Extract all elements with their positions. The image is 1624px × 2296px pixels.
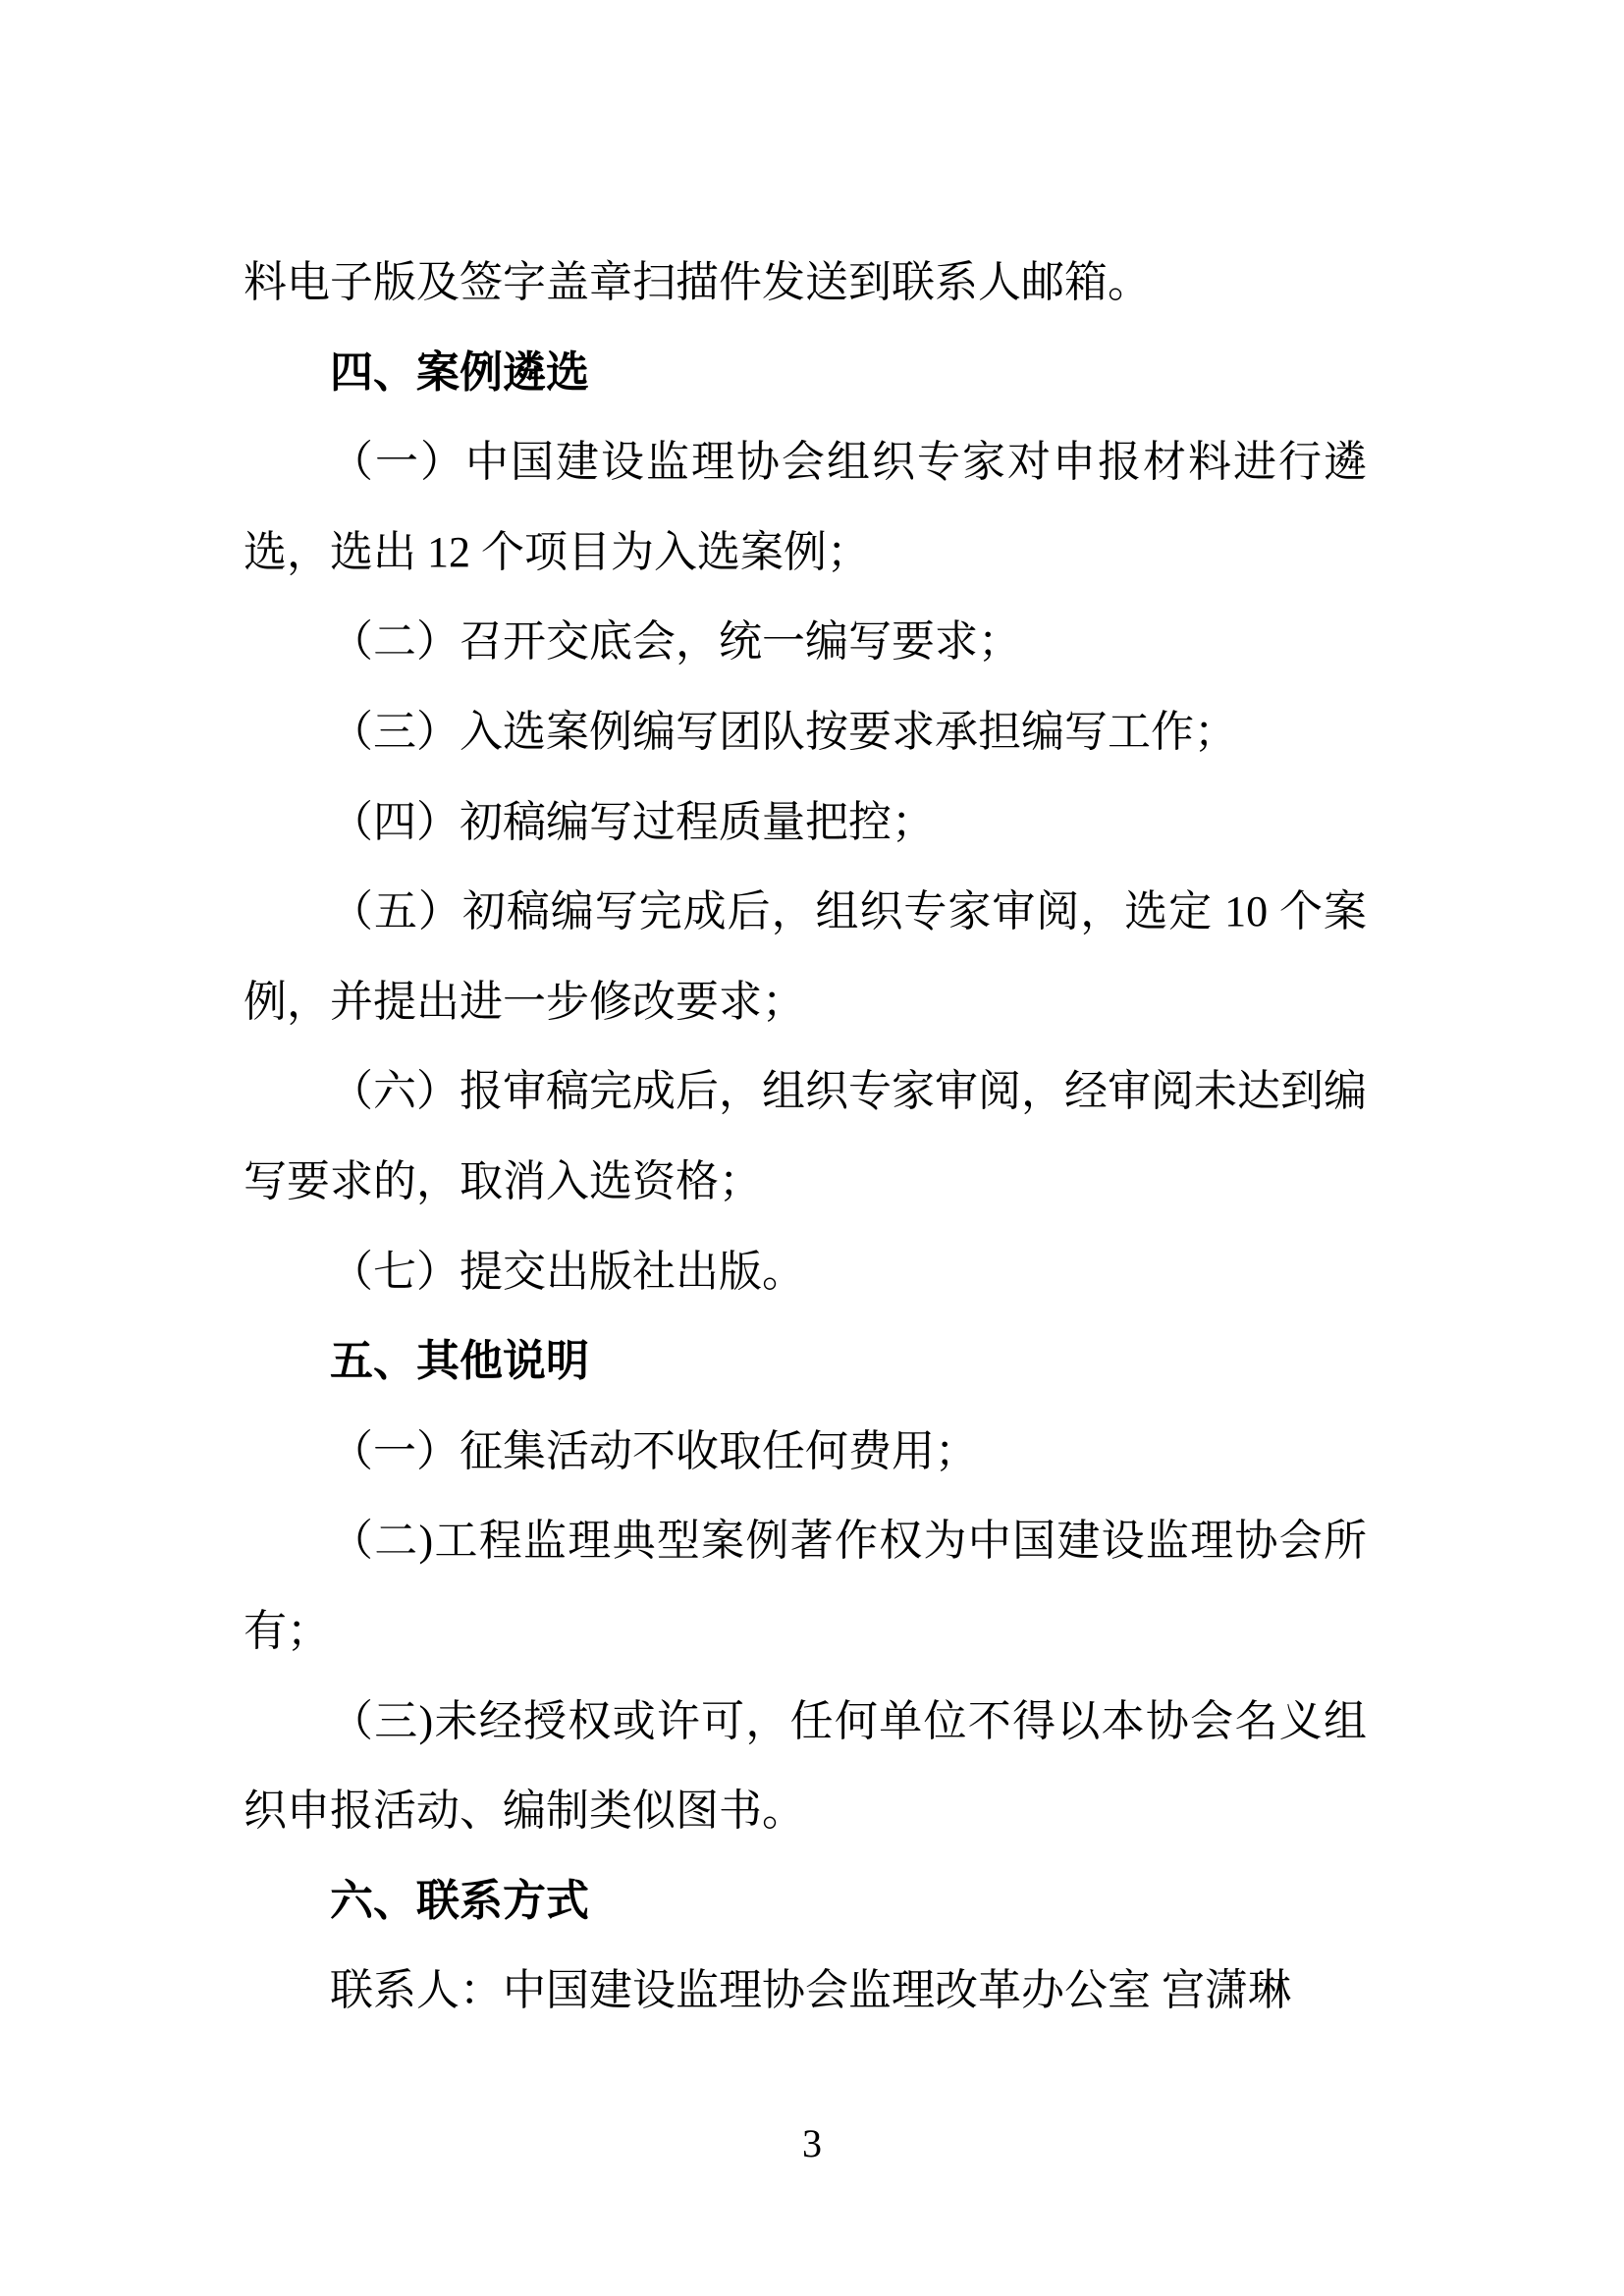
page-number: 3 xyxy=(0,2120,1624,2167)
text-line: 写要求的，取消入选资格； xyxy=(244,1137,1367,1227)
text-line: （二）召开交底会，统一编写要求； xyxy=(244,597,1367,687)
text-line: （七）提交出版社出版。 xyxy=(244,1227,1367,1317)
text-line: （一）征集活动不收取任何费用； xyxy=(244,1407,1367,1497)
document-body: 料电子版及签字盖章扫描件发送到联系人邮箱。四、案例遴选（一）中国建设监理协会组织… xyxy=(244,238,1367,2036)
text-line: （六）报审稿完成后，组织专家审阅，经审阅未达到编 xyxy=(244,1046,1367,1137)
text-line: 织申报活动、编制类似图书。 xyxy=(244,1766,1367,1856)
text-line: 联系人：中国建设监理协会监理改革办公室 宫潇琳 xyxy=(244,1946,1367,2036)
text-line: 有； xyxy=(244,1586,1367,1677)
text-line: （二)工程监理典型案例著作权为中国建设监理协会所 xyxy=(244,1496,1367,1586)
text-line: （三）入选案例编写团队按要求承担编写工作； xyxy=(244,687,1367,777)
document-page: 料电子版及签字盖章扫描件发送到联系人邮箱。四、案例遴选（一）中国建设监理协会组织… xyxy=(0,0,1624,2296)
text-line: 四、案例遴选 xyxy=(244,328,1367,418)
text-line: （三)未经授权或许可，任何单位不得以本协会名义组 xyxy=(244,1677,1367,1767)
text-line: 五、其他说明 xyxy=(244,1316,1367,1407)
text-line: 料电子版及签字盖章扫描件发送到联系人邮箱。 xyxy=(244,238,1367,328)
text-line: 例，并提出进一步修改要求； xyxy=(244,957,1367,1047)
text-line: 选，选出 12 个项目为入选案例； xyxy=(244,507,1367,598)
text-line: （四）初稿编写过程质量把控； xyxy=(244,777,1367,868)
text-line: 六、联系方式 xyxy=(244,1856,1367,1947)
text-line: （一）中国建设监理协会组织专家对申报材料进行遴 xyxy=(244,417,1367,507)
text-line: （五）初稿编写完成后，组织专家审阅，选定 10 个案 xyxy=(244,867,1367,957)
